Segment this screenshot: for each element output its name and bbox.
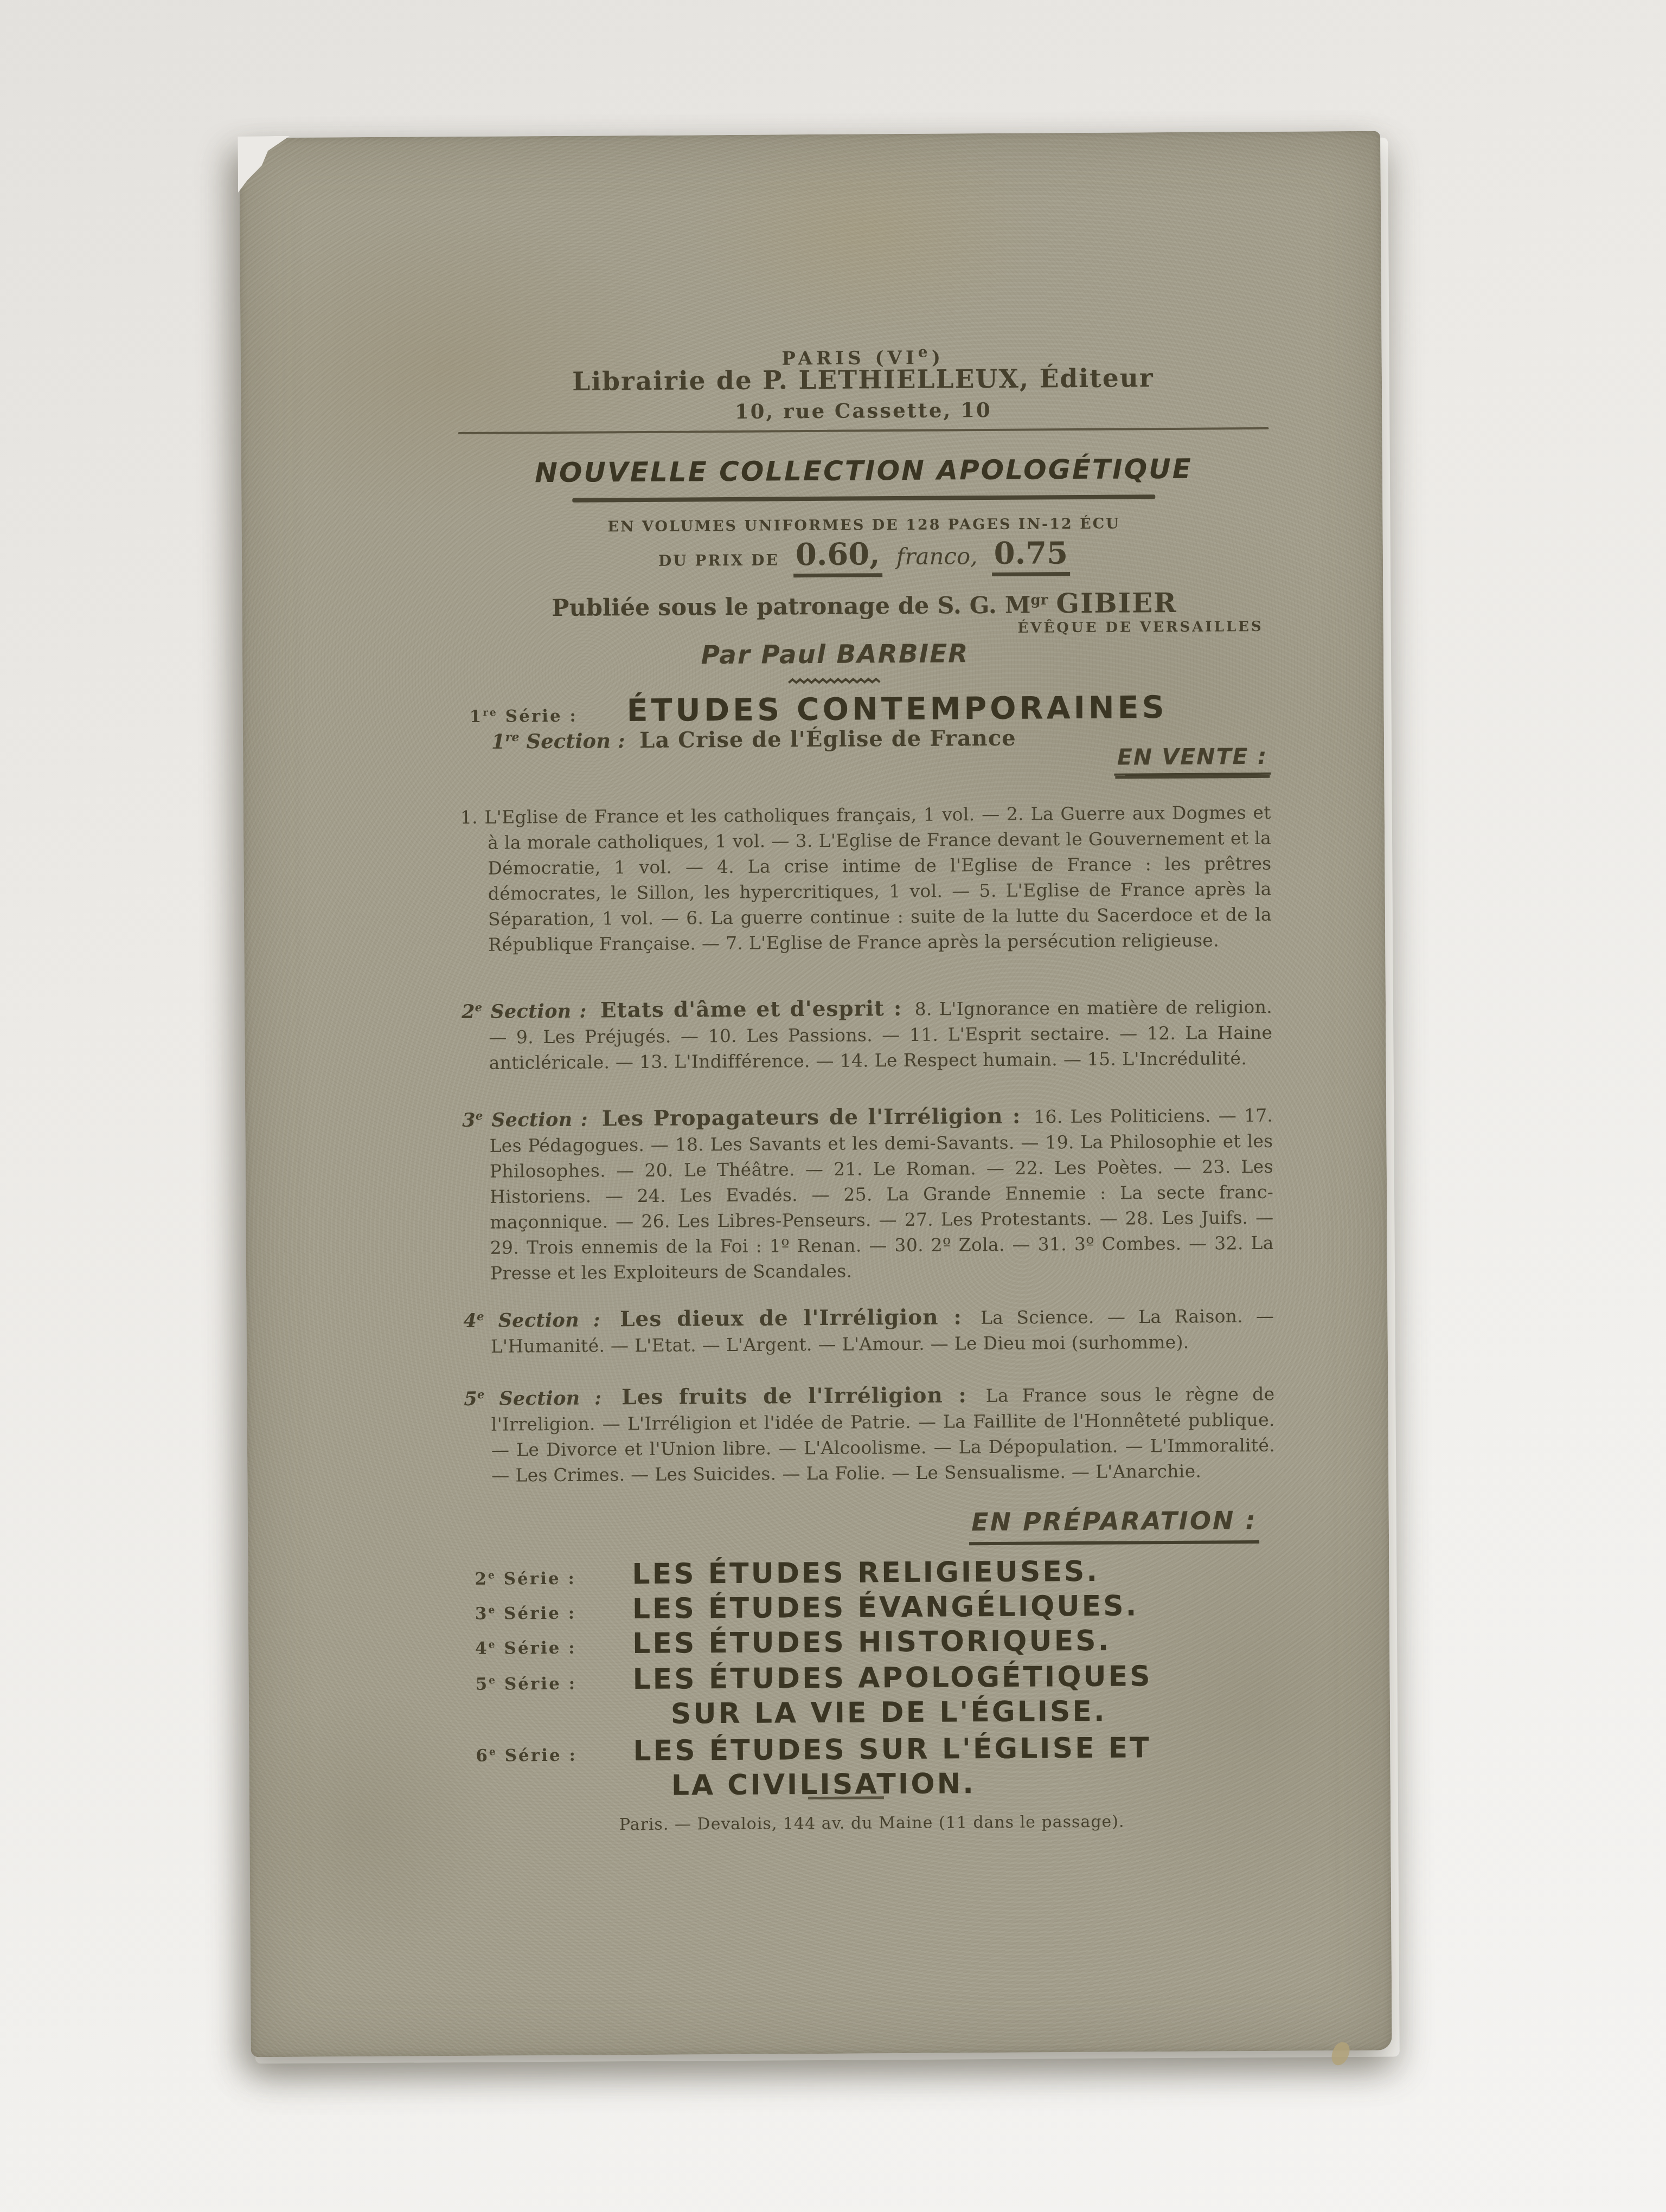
section-4-label: 4e Section : [463,1309,600,1332]
en-preparation-heading: EN PRÉPARATION : [465,1506,1276,1548]
section-5-paragraph: 5e Section : Les fruits de l'Irréligion … [464,1377,1275,1488]
section-5-title: Les fruits de l'Irréligion : [621,1382,967,1410]
printer-imprint-line: Paris. — Devalois, 144 av. du Maine (11 … [466,1811,1277,1835]
section-2-title: Etats d'âme et d'esprit : [600,996,902,1023]
section-3-paragraph: 3e Section : Les Propagateurs de l'Irrél… [462,1098,1274,1286]
serie-1-label: 1re Série : [470,706,627,726]
paper-chip [1329,2040,1352,2068]
serie-1-row: 1re Série : ÉTUDES CONTEMPORAINES [459,689,1270,730]
price-franco-value: 0.75 [991,535,1070,576]
section-5-label: 5e Section : [464,1387,601,1410]
photo-backdrop: PARIS (VIe) Librairie de P. LETHIELLEUX,… [0,0,1666,2212]
serie-4-label: 4e Série : [475,1638,632,1658]
patronage-line: Publiée sous le patronage de S. G. Mgr G… [459,586,1270,623]
section-1-paragraph: 1. L'Eglise de France et les catholiques… [460,800,1272,957]
serie-3-label: 3e Série : [475,1603,632,1624]
squiggle-ornament [430,674,1240,689]
torn-corner-notch [238,136,290,193]
book-back-cover: PARIS (VIe) Librairie de P. LETHIELLEUX,… [239,131,1392,2057]
patron-name: GIBIER [1056,587,1177,619]
serie-6-row: 6e Série : LES ÉTUDES SUR L'ÉGLISE ETLA … [466,1730,1277,1804]
serie-3-title: LES ÉTUDES ÉVANGÉLIQUES. [632,1589,1139,1626]
serie-1-title: ÉTUDES CONTEMPORAINES [626,690,1167,729]
section-3-label: 3e Section : [462,1108,588,1131]
section-2-paragraph: 2e Section : Etats d'âme et d'esprit : 8… [462,989,1273,1076]
publisher-name-line: Librairie de P. LETHIELLEUX, Éditeur [458,363,1268,397]
serie-4-title: LES ÉTUDES HISTORIQUES. [632,1624,1111,1661]
serie-2-row: 2e Série : LES ÉTUDES RELIGIEUSES. [465,1553,1276,1593]
serie-6-title: LES ÉTUDES SUR L'ÉGLISE ETLA CIVILISATIO… [633,1731,1151,1803]
price-line: DU PRIX DE 0.60, franco, 0.75 [459,534,1270,580]
serie-5-row: 5e Série : LES ÉTUDES APOLOGÉTIQUESSUR L… [465,1658,1277,1733]
serie-5-title: LES ÉTUDES APOLOGÉTIQUESSUR LA VIE DE L'… [632,1659,1152,1732]
price-prefix: DU PRIX DE [658,551,779,569]
collection-title: NOUVELLE COLLECTION APOLOGÉTIQUE [458,453,1269,489]
price-franco-label: franco, [896,543,978,570]
section-2-label: 2e Section : [462,1000,587,1023]
serie-2-title: LES ÉTUDES RELIGIEUSES. [632,1554,1099,1592]
section-3-items: 16. Les Politiciens. — 17. Les Pédagogue… [489,1105,1273,1284]
section-4-title: Les dieux de l'Irréligion : [620,1304,962,1332]
price-net-value: 0.60, [793,536,882,577]
section-4-paragraph: 4e Section : Les dieux de l'Irréligion :… [463,1298,1274,1359]
imprint-divider-rule [808,1796,884,1799]
section-3-title: Les Propagateurs de l'Irréligion : [602,1103,1021,1131]
serie-5-label: 5e Série : [476,1674,633,1694]
en-vente-heading: EN VENTE : [460,743,1271,780]
serie-6-label: 6e Série : [476,1745,633,1766]
publisher-address-line: 10, rue Cassette, 10 [458,396,1268,425]
serie-3-row: 3e Série : LES ÉTUDES ÉVANGÉLIQUES. [465,1588,1276,1628]
serie-2-label: 2e Série : [475,1568,632,1589]
header-divider-rule [458,427,1269,434]
serie-4-row: 4e Série : LES ÉTUDES HISTORIQUES. [465,1623,1276,1662]
printed-area: PARIS (VIe) Librairie de P. LETHIELLEUX,… [456,132,1279,2056]
collection-format-line: EN VOLUMES UNIFORMES DE 128 PAGES IN-12 … [459,515,1270,536]
collection-title-underline [572,494,1155,503]
author-line: Par Paul BARBIER [430,637,1240,672]
